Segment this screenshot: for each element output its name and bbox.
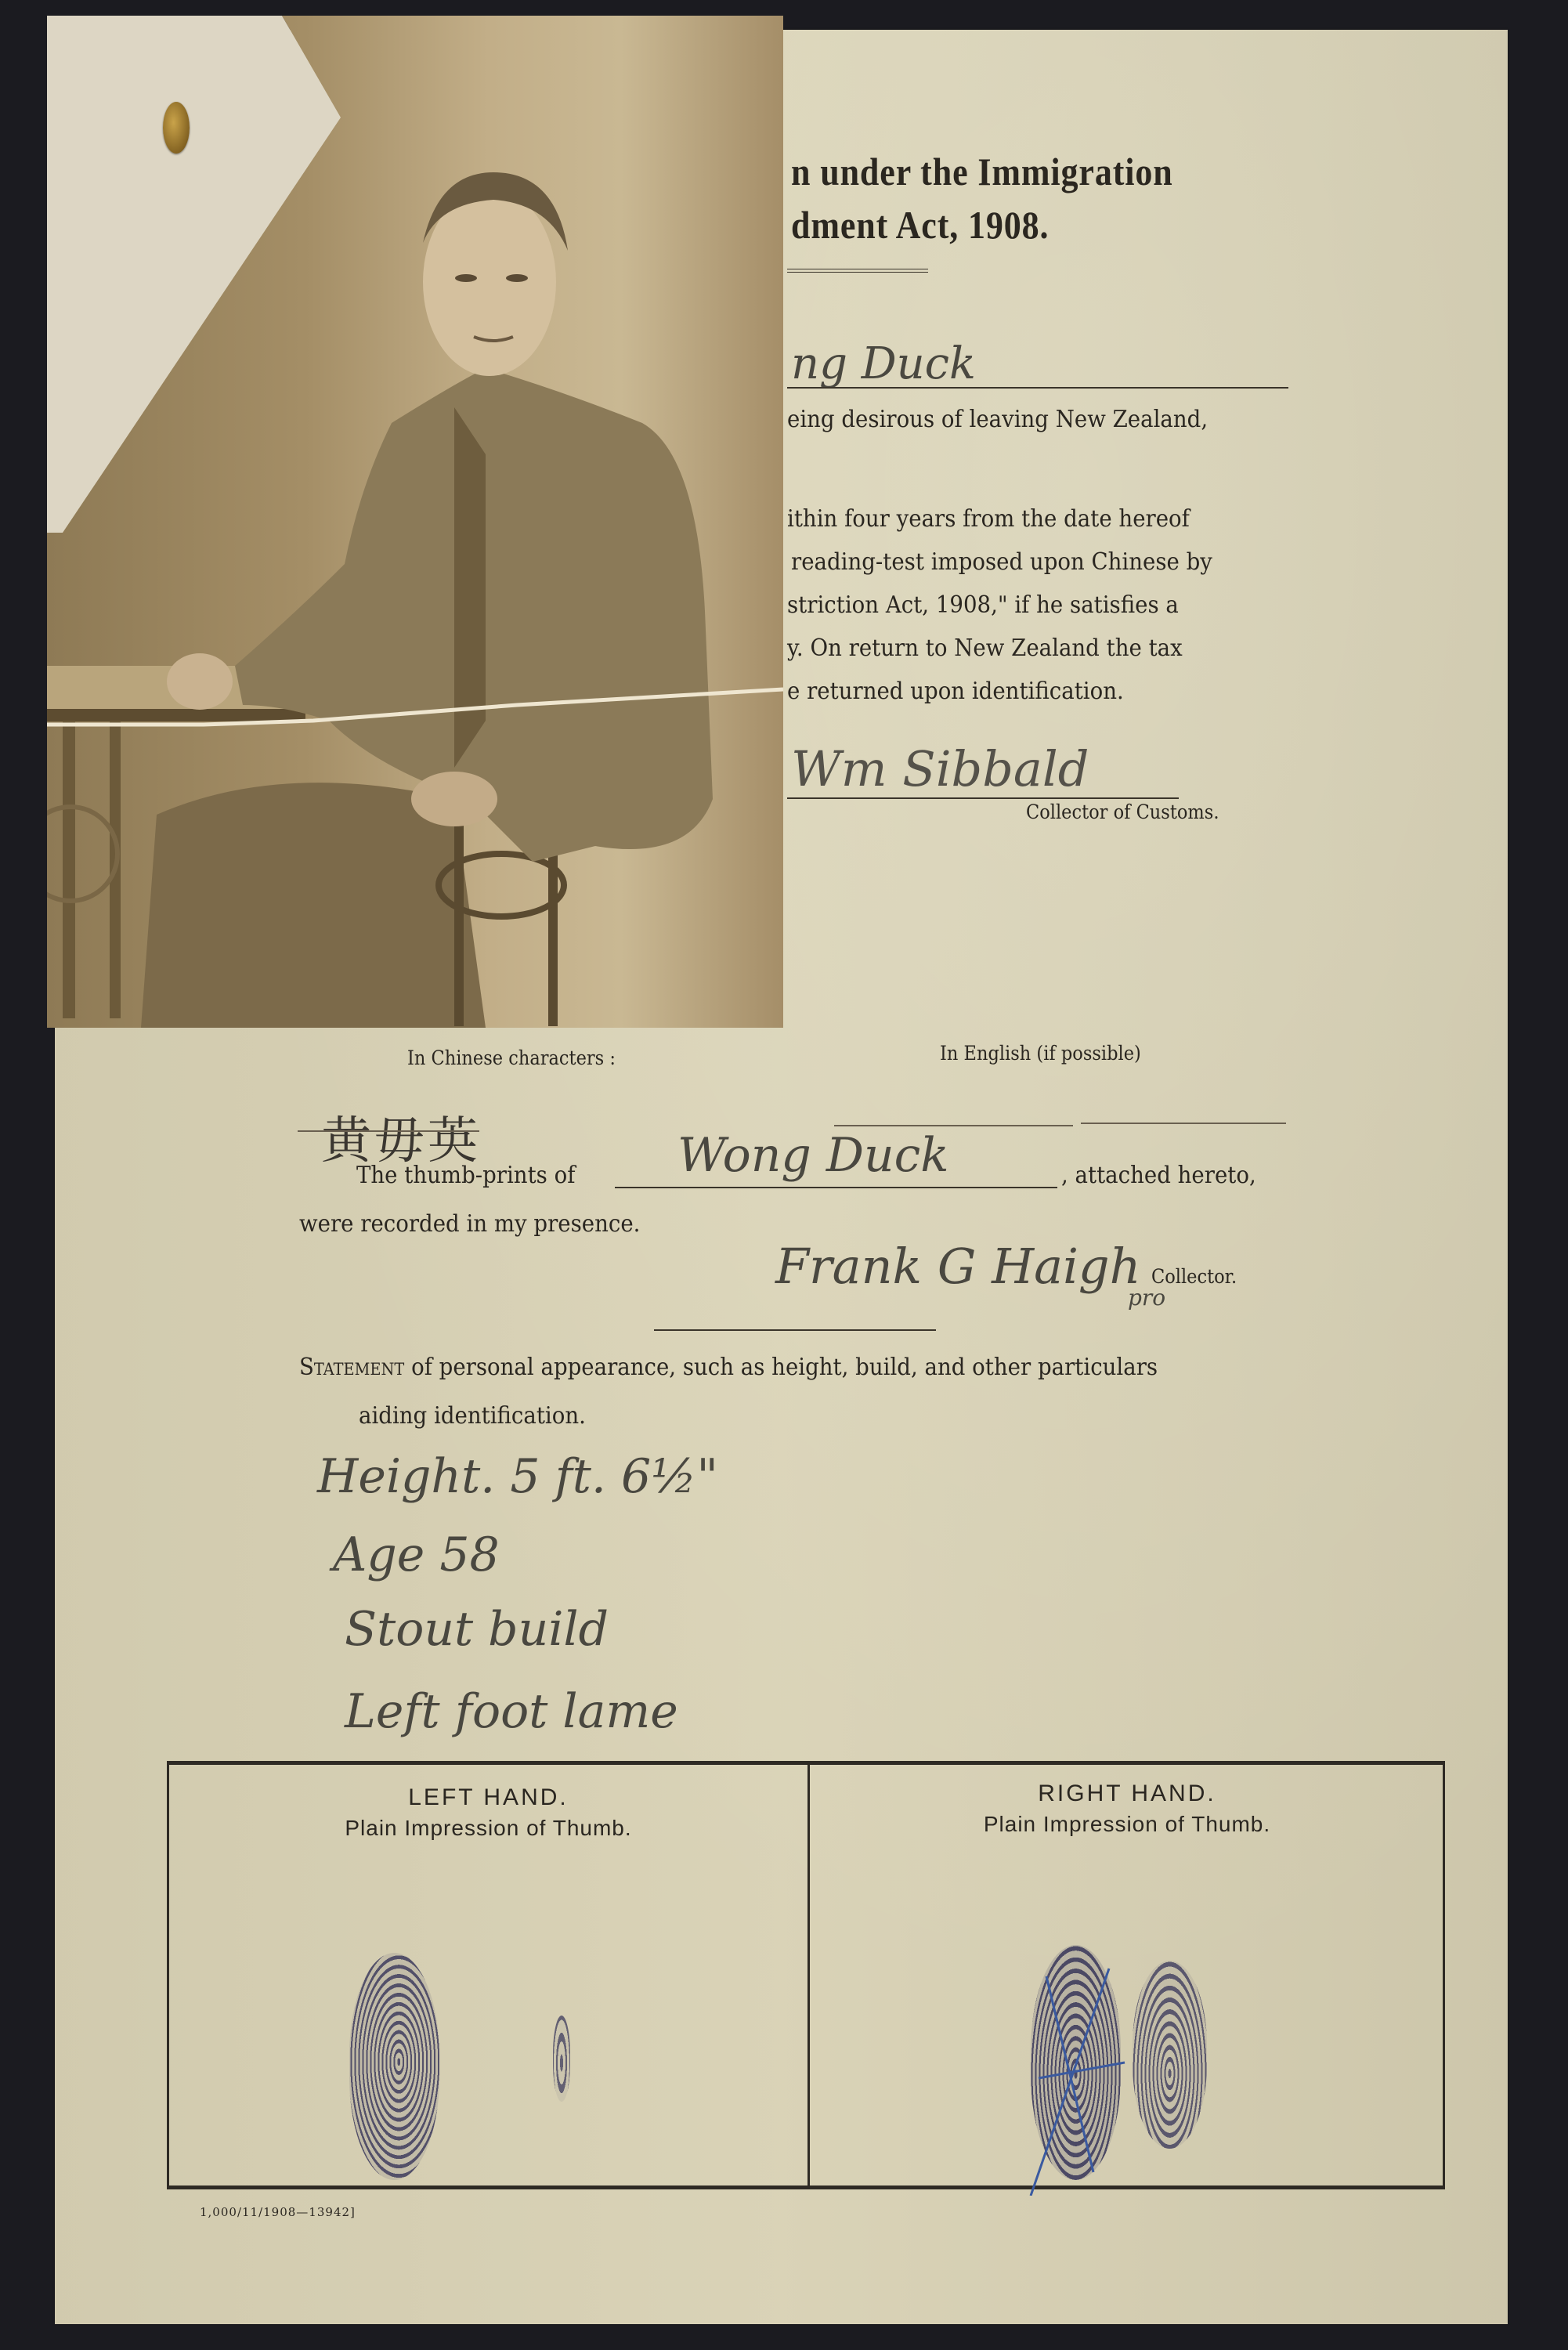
thumbprints-name-handwritten: Wong Duck bbox=[677, 1128, 949, 1183]
right-hand-subheading: Plain Impression of Thumb. bbox=[810, 1812, 1444, 1837]
statement-smallcaps: Statement bbox=[299, 1354, 404, 1381]
witness-pro-mark: pro bbox=[1128, 1285, 1165, 1311]
description-age: Age 58 bbox=[333, 1527, 500, 1582]
blue-cross-mark-icon bbox=[1023, 1961, 1133, 2196]
description-note: Left foot lame bbox=[345, 1684, 678, 1739]
statement-line-2: aiding identification. bbox=[359, 1402, 586, 1430]
recorded-in-presence-line: were recorded in my presence. bbox=[299, 1210, 640, 1238]
english-name-line-1 bbox=[834, 1125, 1073, 1126]
thumbprint-box: LEFT HAND. Plain Impression of Thumb. RI… bbox=[167, 1761, 1445, 2189]
applicant-name-handwritten: ng Duck bbox=[791, 338, 976, 389]
paragraph-line-5: e returned upon identification. bbox=[787, 678, 1124, 705]
thumbprints-prefix: The thumb-prints of bbox=[356, 1162, 575, 1189]
paragraph-line-4: y. On return to New Zealand the tax bbox=[787, 634, 1183, 662]
leaving-line: eing desirous of leaving New Zealand, bbox=[787, 406, 1208, 433]
paragraph-line-1: ithin four years from the date hereof bbox=[787, 505, 1190, 533]
left-partial-thumbprint bbox=[553, 2016, 570, 2102]
title-rule-bottom bbox=[787, 272, 928, 273]
paragraph-line-2: reading-test imposed upon Chinese by bbox=[791, 548, 1212, 576]
thumbprints-suffix: , attached hereto, bbox=[1061, 1162, 1256, 1189]
document-title-line-1: n under the Immigration bbox=[791, 149, 1173, 194]
portrait-photograph bbox=[47, 16, 783, 1028]
statement-text: of personal appearance, such as height, … bbox=[404, 1354, 1158, 1381]
left-thumbprint bbox=[349, 1953, 439, 2180]
collector-label: Collector. bbox=[1151, 1265, 1237, 1288]
collector-signature: Wm Sibbald bbox=[791, 740, 1089, 797]
chinese-characters-label: In Chinese characters : bbox=[407, 1047, 616, 1069]
english-name-line-2 bbox=[1081, 1123, 1286, 1124]
chinese-name-line bbox=[298, 1130, 479, 1132]
right-thumbprint-clear bbox=[1133, 1961, 1207, 2149]
footer-print-code: 1,000/11/1908—13942] bbox=[200, 2205, 356, 2219]
left-hand-subheading: Plain Impression of Thumb. bbox=[169, 1816, 807, 1841]
right-hand-heading: RIGHT HAND. bbox=[810, 1781, 1444, 1807]
document-title-line-2: dment Act, 1908. bbox=[791, 202, 1049, 248]
description-build: Stout build bbox=[345, 1602, 609, 1657]
english-name-label: In English (if possible) bbox=[940, 1042, 1141, 1065]
section-divider bbox=[654, 1329, 936, 1331]
brass-rivet-icon bbox=[163, 102, 190, 154]
collector-of-customs-label: Collector of Customs. bbox=[1026, 801, 1219, 823]
statement-line-1: Statement of personal appearance, such a… bbox=[299, 1354, 1158, 1381]
witness-signature: Frank G Haigh bbox=[775, 1238, 1141, 1295]
left-hand-heading: LEFT HAND. bbox=[169, 1784, 807, 1811]
thumbprints-name-line bbox=[615, 1187, 1057, 1188]
title-rule-top bbox=[787, 269, 928, 269]
description-height: Height. 5 ft. 6½" bbox=[317, 1449, 718, 1504]
name-underline bbox=[787, 387, 1288, 389]
collector-signature-line bbox=[787, 797, 1179, 799]
paragraph-line-3: striction Act, 1908," if he satisfies a bbox=[787, 591, 1179, 619]
